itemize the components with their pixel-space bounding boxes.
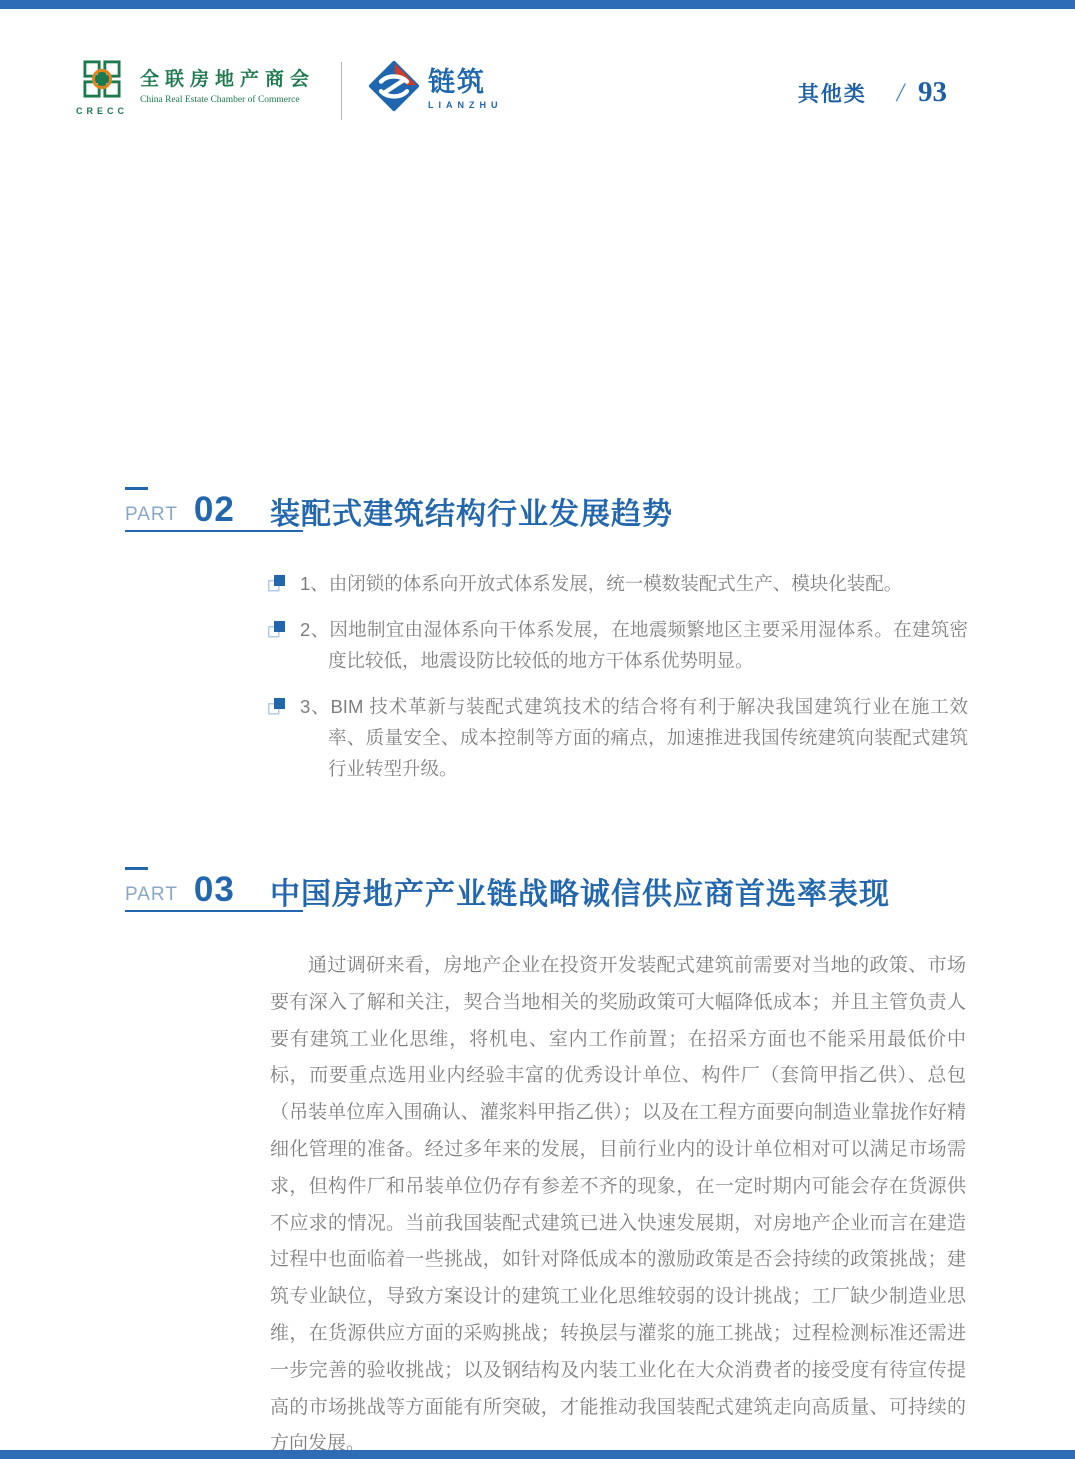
crecc-names: 全联房地产商会 China Real Estate Chamber of Com… xyxy=(140,64,315,105)
crecc-acronym: CRECC xyxy=(76,106,128,116)
crecc-name-cn: 全联房地产商会 xyxy=(140,64,315,91)
overlapping-squares-bullet-icon xyxy=(268,621,285,676)
bullet-text: 3、BIM 技术革新与装配式建筑技术的结合将有利于解决我国建筑行业在施工效率、质… xyxy=(300,691,968,784)
lianzhu-logo: 链筑 LIANZHU xyxy=(368,60,503,117)
part02-dash xyxy=(125,487,148,490)
part02-number: 02 xyxy=(194,496,235,524)
overlapping-squares-bullet-icon xyxy=(268,698,285,784)
page-number: 93 xyxy=(918,76,947,109)
page-info: 其他类 / 93 xyxy=(798,76,947,109)
part03-label: PART xyxy=(125,885,178,904)
part03-number: 03 xyxy=(194,876,235,904)
lianzhu-name-cn: 链筑 xyxy=(428,68,503,96)
bullet-text: 2、因地制宜由湿体系向干体系发展，在地震频繁地区主要采用湿体系。在建筑密度比较低… xyxy=(300,614,968,676)
lianzhu-names: 链筑 LIANZHU xyxy=(428,68,503,110)
part03-paragraph: 通过调研来看，房地产企业在投资开发装配式建筑前需要对当地的政策、市场要有深入了解… xyxy=(270,948,966,1459)
document-page: CRECC 全联房地产商会 China Real Estate Chamber … xyxy=(0,0,1075,1459)
crecc-logo: CRECC xyxy=(76,60,128,116)
list-item: 2、因地制宜由湿体系向干体系发展，在地震频繁地区主要采用湿体系。在建筑密度比较低… xyxy=(268,614,968,676)
part03-dash xyxy=(125,867,148,870)
bullet-text: 1、由闭锁的体系向开放式体系发展，统一模数装配式生产、模块化装配。 xyxy=(300,568,902,599)
logo-divider xyxy=(341,62,342,120)
page-bottom-bar xyxy=(0,1450,1075,1459)
page-header: CRECC 全联房地产商会 China Real Estate Chamber … xyxy=(76,60,947,120)
part02-bullet-list: 1、由闭锁的体系向开放式体系发展，统一模数装配式生产、模块化装配。 2、因地制宜… xyxy=(268,568,968,799)
list-item: 3、BIM 技术革新与装配式建筑技术的结合将有利于解决我国建筑行业在施工效率、质… xyxy=(268,691,968,784)
part02-title: 装配式建筑结构行业发展趋势 xyxy=(270,489,673,533)
overlapping-squares-bullet-icon xyxy=(268,575,285,599)
lianzhu-name-en: LIANZHU xyxy=(428,100,503,110)
crecc-logo-icon xyxy=(83,60,121,103)
section-category: 其他类 xyxy=(798,78,867,108)
slash-separator: / xyxy=(897,78,904,108)
list-item: 1、由闭锁的体系向开放式体系发展，统一模数装配式生产、模块化装配。 xyxy=(268,568,968,599)
lianzhu-logo-icon xyxy=(368,60,420,117)
part02-label: PART xyxy=(125,505,178,524)
part03-title: 中国房地产产业链战略诚信供应商首选率表现 xyxy=(270,869,890,913)
crecc-name-en: China Real Estate Chamber of Commerce xyxy=(140,95,315,105)
page-top-bar xyxy=(0,0,1075,9)
